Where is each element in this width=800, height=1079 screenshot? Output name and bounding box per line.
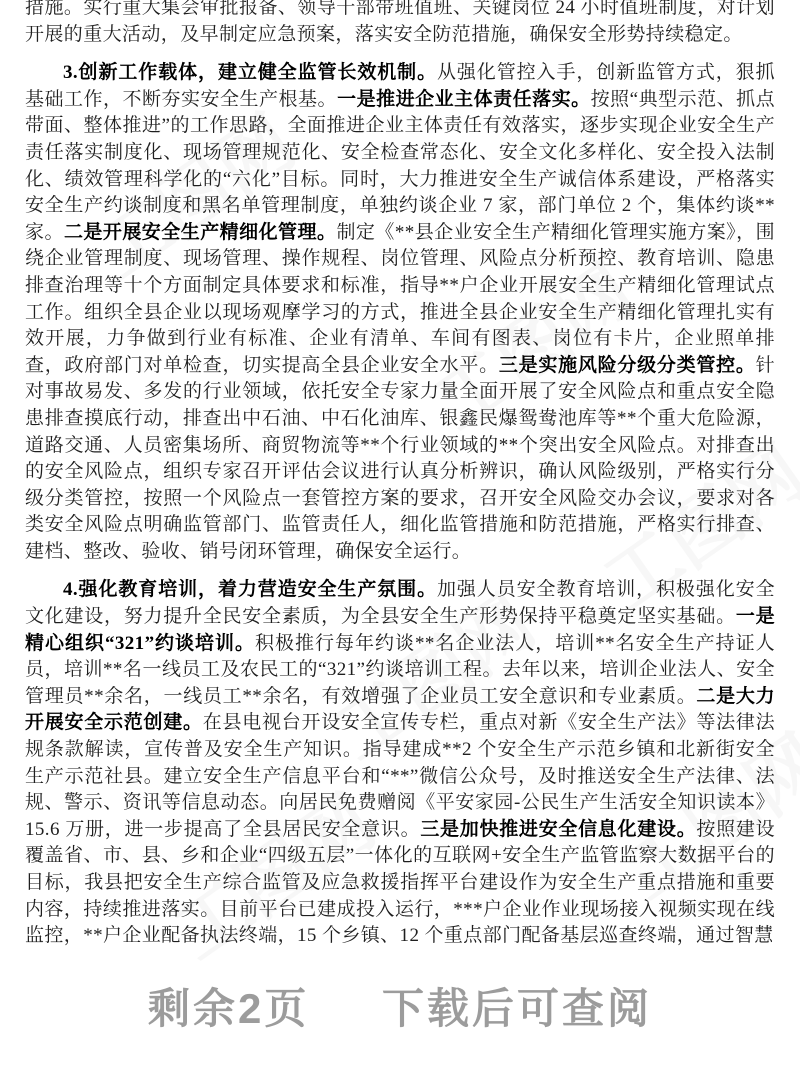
emphasis-text: 二是开展安全生产精细化管理。 [64,222,337,243]
paragraph: 4.强化教育培训，着力营造安全生产氛围。加强人员安全教育培训，积极强化安全文化建… [25,577,775,949]
body-text: 制定《**县企业安全生产精细化管理实施方案》，围绕企业管理制度、现场管理、操作规… [25,222,775,376]
paragraph: 3.创新工作载体，建立健全监管长效机制。从强化管控入手，创新监管方式，狠抓基础工… [25,60,775,565]
emphasis-text: 3.创新工作载体，建立健全监管长效机制。 [63,62,437,83]
emphasis-text: 三是加快推进安全信息化建设。 [420,819,696,840]
preview-footer: 剩余2页 下载后可查阅 [0,976,800,1036]
body-text: 措施。实行重大集会审批报备、领导干部带班值班、关键岗位 24 小时值班制度，对计… [25,0,775,45]
download-hint-label: 下载后可查阅 [382,985,652,1032]
paragraph: 措施。实行重大集会审批报备、领导干部带班值班、关键岗位 24 小时值班制度，对计… [25,0,775,48]
body-text: 按照“典型示范、抓点带面、整体推进”的工作思路，全面推进企业主体责任有效落实，逐… [25,89,775,243]
emphasis-text: 一是推进企业主体责任落实。 [337,89,591,110]
document-body: 措施。实行重大集会审批报备、领导干部带班值班、关键岗位 24 小时值班制度，对计… [25,0,775,962]
remaining-pages-label: 剩余2页 [148,985,309,1032]
body-text: 针对事故易发、多发的行业领域，依托安全专家力量全面开展了安全风险点和重点安全隐患… [25,355,775,562]
document-page: 工图网工图网工图网工图网工图网工图网 措施。实行重大集会审批报备、领导干部带班值… [0,0,800,1079]
emphasis-text: 4.强化教育培训，着力营造安全生产氛围。 [63,579,437,600]
emphasis-text: 三是实施风险分级分类管控。 [499,355,756,376]
